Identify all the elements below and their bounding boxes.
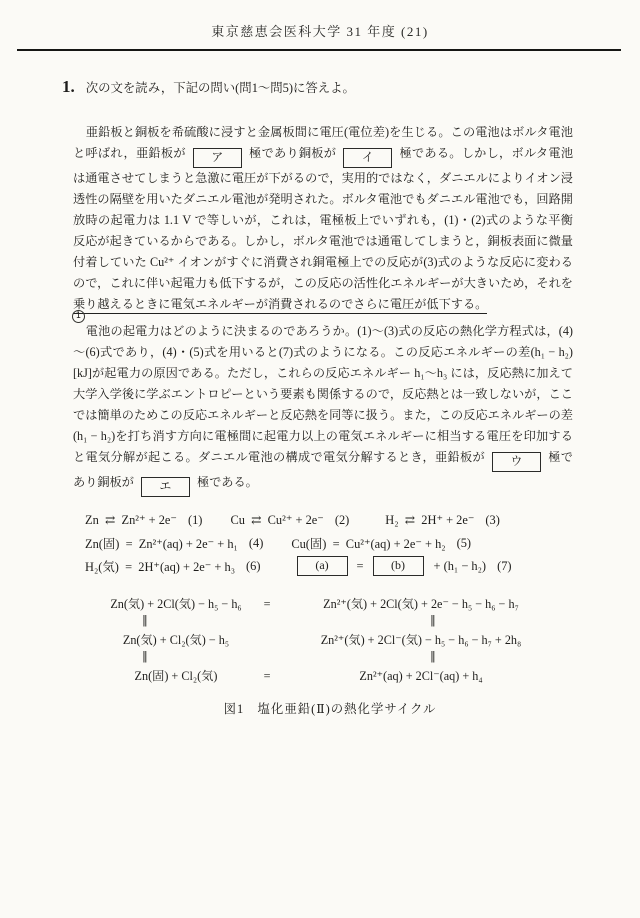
equation-6: H₂(気) = 2H⁺(aq) + 2e⁻ + h₃(6) bbox=[85, 557, 261, 575]
vertical-equals-icon: ‖ bbox=[430, 613, 436, 627]
cycle-row2-left: Zn(気) + Cl₂(気) − h₅ bbox=[100, 631, 252, 650]
equation-3: H₂ ⇄ 2H⁺ + 2e⁻(3) bbox=[385, 512, 500, 528]
equation-1-number: (1) bbox=[188, 513, 202, 528]
cycle-row-3: Zn(固) + Cl₂(気) = Zn²⁺(aq) + 2Cl⁻(aq) + h… bbox=[100, 667, 560, 686]
equation-2-formula: Cu ⇄ Cu²⁺ + 2e⁻ bbox=[230, 512, 323, 528]
answer-box-b: (b) bbox=[373, 556, 424, 576]
equation-row-1: Zn ⇄ Zn²⁺ + 2e⁻(1) Cu ⇄ Cu²⁺ + 2e⁻(2) H₂… bbox=[85, 509, 640, 531]
cycle-row2-equals bbox=[252, 631, 282, 650]
cycle-row3-right: Zn²⁺(aq) + 2Cl⁻(aq) + h₄ bbox=[282, 667, 560, 686]
question-prompt: 次の文を読み，下記の問い(問1～問5)に答えよ。 bbox=[86, 78, 355, 96]
p1-text-2: 極であり銅板が bbox=[249, 146, 336, 160]
equation-4-formula: Zn(固) = Zn²⁺(aq) + 2e⁻ + h₁ bbox=[85, 534, 238, 552]
equation-5-number: (5) bbox=[457, 536, 471, 551]
p2-text-3: 極である。 bbox=[197, 475, 258, 489]
blank-box-a: ア bbox=[193, 148, 242, 168]
underlined-passage: 1乗り越えるときに電気エネルギーが消費されるのでさらに電圧が低下する。 bbox=[73, 297, 487, 314]
thermochemical-cycle-figure: Zn(気) + 2Cl(気) − h₅ − h₆ = Zn²⁺(気) + 2Cl… bbox=[100, 595, 560, 717]
vertical-equals-icon: ‖ bbox=[142, 649, 148, 663]
equation-5: Cu(固) = Cu²⁺(aq) + 2e⁻ + h₂(5) bbox=[291, 534, 471, 552]
cycle-row1-equals: = bbox=[252, 595, 282, 614]
p1-underlined-text: 乗り越えるときに電気エネルギーが消費されるのでさらに電圧が低下する。 bbox=[73, 297, 487, 311]
paragraph-1: 亜鉛板と銅板を希硫酸に浸すと金属板間に電圧(電位差)を生じる。この電池はボルタ電… bbox=[73, 122, 573, 315]
p1-text-3: 極である。しかし，ボルタ電池は通電させてしまうと急激に電圧が下がるので，実用的で… bbox=[73, 146, 573, 290]
figure-caption: 図1 塩化亜鉛(Ⅱ)の熱化学サイクル bbox=[100, 699, 560, 717]
blank-box-u: ウ bbox=[492, 452, 541, 472]
equation-7-equals: = bbox=[357, 559, 364, 574]
paragraph-2: 電池の起電力はどのように決まるのであろうか。(1)～(3)式の反応の熱化学方程式… bbox=[73, 321, 573, 497]
equation-row-3: H₂(気) = 2H⁺(aq) + 2e⁻ + h₃(6) (a)=(b)+ (… bbox=[85, 555, 640, 577]
equation-4-number: (4) bbox=[249, 536, 263, 551]
blank-box-i: イ bbox=[343, 148, 392, 168]
equation-6-number: (6) bbox=[246, 559, 260, 574]
equation-7-tail: + (h₁ − h₂) bbox=[434, 559, 487, 574]
equation-5-formula: Cu(固) = Cu²⁺(aq) + 2e⁻ + h₂ bbox=[291, 534, 445, 552]
equation-3-formula: H₂ ⇄ 2H⁺ + 2e⁻ bbox=[385, 512, 474, 528]
cycle-row-1: Zn(気) + 2Cl(気) − h₅ − h₆ = Zn²⁺(気) + 2Cl… bbox=[100, 595, 560, 614]
equation-7: (a)=(b)+ (h₁ − h₂)(7) bbox=[289, 556, 512, 576]
vertical-equals-icon: ‖ bbox=[430, 649, 436, 663]
blank-box-e: エ bbox=[141, 477, 190, 497]
vertical-equals-icon: ‖ bbox=[142, 613, 148, 627]
exam-page: 東京慈恵会医科大学 31 年度 (21) 1. 次の文を読み，下記の問い(問1～… bbox=[0, 0, 640, 918]
cycle-row1-left: Zn(気) + 2Cl(気) − h₅ − h₆ bbox=[100, 595, 252, 614]
cycle-row3-equals: = bbox=[252, 667, 282, 686]
equation-2-number: (2) bbox=[335, 513, 349, 528]
cycle-row-2: Zn(気) + Cl₂(気) − h₅ Zn²⁺(気) + 2Cl⁻(気) − … bbox=[100, 631, 560, 650]
equation-row-2: Zn(固) = Zn²⁺(aq) + 2e⁻ + h₁(4) Cu(固) = C… bbox=[85, 532, 640, 554]
equation-4: Zn(固) = Zn²⁺(aq) + 2e⁻ + h₁(4) bbox=[85, 534, 263, 552]
equation-3-number: (3) bbox=[485, 513, 499, 528]
equation-6-formula: H₂(気) = 2H⁺(aq) + 2e⁻ + h₃ bbox=[85, 557, 235, 575]
equation-1: Zn ⇄ Zn²⁺ + 2e⁻(1) bbox=[85, 512, 202, 528]
question-number: 1. bbox=[62, 77, 75, 97]
header-rule bbox=[17, 49, 621, 51]
equation-2: Cu ⇄ Cu²⁺ + 2e⁻(2) bbox=[230, 512, 349, 528]
equation-7-number: (7) bbox=[497, 559, 511, 574]
circled-1-annotation: 1 bbox=[72, 310, 85, 323]
cycle-row1-right: Zn²⁺(気) + 2Cl(気) + 2e⁻ − h₅ − h₆ − h₇ bbox=[282, 595, 560, 614]
equations-block: Zn ⇄ Zn²⁺ + 2e⁻(1) Cu ⇄ Cu²⁺ + 2e⁻(2) H₂… bbox=[85, 509, 640, 577]
cycle-row3-left: Zn(固) + Cl₂(気) bbox=[100, 667, 252, 686]
equation-1-formula: Zn ⇄ Zn²⁺ + 2e⁻ bbox=[85, 512, 177, 528]
question-heading: 1. 次の文を読み，下記の問い(問1～問5)に答えよ。 bbox=[62, 77, 640, 97]
answer-box-a: (a) bbox=[297, 556, 348, 576]
page-header: 東京慈恵会医科大学 31 年度 (21) bbox=[0, 0, 640, 40]
cycle-row2-right: Zn²⁺(気) + 2Cl⁻(気) − h₅ − h₆ − h₇ + 2h₈ bbox=[282, 631, 560, 650]
p2-text-1: 電池の起電力はどのように決まるのであろうか。(1)～(3)式の反応の熱化学方程式… bbox=[73, 324, 573, 464]
